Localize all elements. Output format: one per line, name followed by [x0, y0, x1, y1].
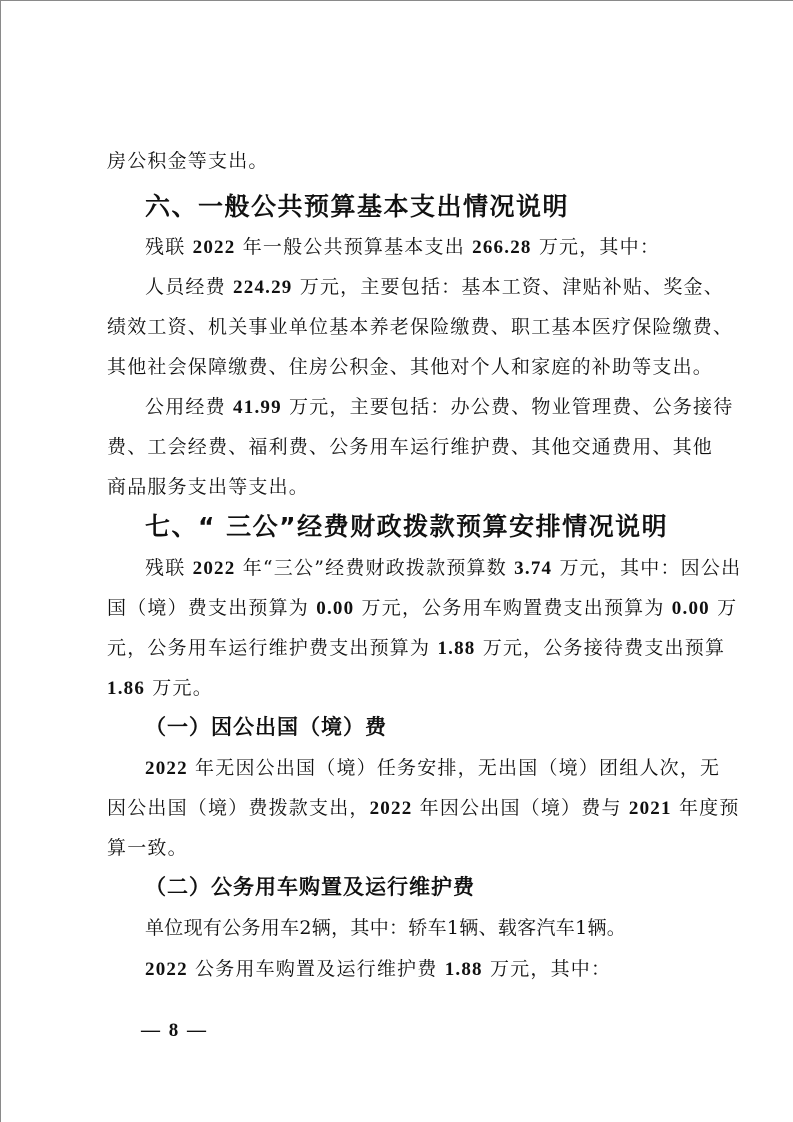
text: 年因公出国（境）费与: [412, 797, 628, 819]
subsection-1-heading: （一）因公出国（境）费: [145, 713, 387, 741]
vehicle-purchase-budget-amount: 0.00: [672, 598, 710, 619]
text: 万元。: [145, 677, 213, 699]
three-public-intro-line-1: 残联 2022 年“三公”经费财政拨款预算数 3.74 万元，其中：因公出: [145, 555, 697, 582]
overseas-line-3: 算一致。: [107, 835, 697, 861]
continuation-line: 房公积金等支出。: [107, 148, 697, 174]
overseas-line-2: 因公出国（境）费拨款支出，2022 年因公出国（境）费与 2021 年度预: [107, 795, 697, 822]
section-6-intro: 残联 2022 年一般公共预算基本支出 266.28 万元，其中：: [145, 234, 697, 261]
text: 年“三公”经费财政拨款预算数: [235, 557, 514, 579]
text: 万: [710, 597, 737, 619]
text: 万元，其中：: [483, 958, 611, 980]
overseas-line-1: 2022 年无因公出国（境）任务安排，无出国（境）团组人次，无: [145, 755, 697, 782]
year-value: 2022: [145, 758, 188, 779]
page-number: — 8 —: [141, 1020, 208, 1042]
text: 年度预: [672, 797, 740, 819]
reception-budget-amount: 1.86: [107, 678, 145, 699]
personnel-expense-line-3: 其他社会保障缴费、住房公积金、其他对个人和家庭的补助等支出。: [107, 354, 697, 380]
personnel-expense-line-2: 绩效工资、机关事业单位基本养老保险缴费、职工基本医疗保险缴费、: [107, 314, 697, 340]
public-expense-line-3: 商品服务支出等支出。: [107, 474, 697, 500]
text: 万元，主要包括：办公费、物业管理费、公务接待: [282, 396, 734, 418]
text: 万元，公务用车购置费支出预算为: [354, 597, 671, 619]
year-value: 2022: [145, 959, 188, 980]
public-expense-line-2: 费、工会经费、福利费、公务用车运行维护费、其他交通费用、其他: [107, 434, 697, 460]
text: 年一般公共预算基本支出: [235, 236, 472, 258]
text: 年无因公出国（境）任务安排，无出国（境）团组人次，无: [188, 757, 720, 779]
subsection-2-heading: （二）公务用车购置及运行维护费: [145, 873, 475, 901]
three-public-intro-line-3: 元，公务用车运行维护费支出预算为 1.88 万元，公务接待费支出预算: [107, 635, 697, 662]
text: 因公出国（境）费拨款支出，: [107, 797, 370, 819]
overseas-budget-amount: 0.00: [316, 598, 354, 619]
text: 残联: [145, 557, 193, 579]
text: 公用经费: [145, 396, 233, 418]
vehicle-count-line: 单位现有公务用车2辆，其中：轿车1辆、载客汽车1辆。: [145, 915, 697, 941]
section-7-heading: 七、“ 三公”经费财政拨款预算安排情况说明: [145, 511, 668, 543]
document-page: 房公积金等支出。 六、一般公共预算基本支出情况说明 残联 2022 年一般公共预…: [0, 0, 793, 1122]
text: 残联: [145, 236, 193, 258]
public-expense-line-1: 公用经费 41.99 万元，主要包括：办公费、物业管理费、公务接待: [145, 394, 697, 421]
year-value: 2022: [193, 558, 236, 579]
vehicle-expense-amount: 1.88: [445, 959, 483, 980]
year-value: 2022: [370, 798, 413, 819]
text: 国（境）费支出预算为: [107, 597, 316, 619]
text: 万元，其中：因公出: [552, 557, 741, 579]
three-public-intro-line-2: 国（境）费支出预算为 0.00 万元，公务用车购置费支出预算为 0.00 万: [107, 595, 697, 622]
three-public-budget-amount: 3.74: [514, 558, 552, 579]
vehicle-expense-line: 2022 公务用车购置及运行维护费 1.88 万元，其中：: [145, 956, 697, 983]
personnel-expense-amount: 224.29: [233, 277, 292, 298]
section-6-heading: 六、一般公共预算基本支出情况说明: [145, 191, 569, 223]
text: 人员经费: [145, 276, 233, 298]
text: 万元，其中：: [532, 236, 660, 258]
text: 万元，公务接待费支出预算: [476, 637, 726, 659]
basic-expenditure-amount: 266.28: [472, 237, 531, 258]
year-value: 2021: [629, 798, 672, 819]
personnel-expense-line-1: 人员经费 224.29 万元，主要包括：基本工资、津贴补贴、奖金、: [145, 274, 697, 301]
three-public-intro-line-4: 1.86 万元。: [107, 675, 697, 702]
year-value: 2022: [193, 237, 236, 258]
text: 元，公务用车运行维护费支出预算为: [107, 637, 437, 659]
text: 公务用车购置及运行维护费: [188, 958, 445, 980]
public-expense-amount: 41.99: [233, 397, 282, 418]
vehicle-operation-budget-amount: 1.88: [437, 638, 475, 659]
text: 万元，主要包括：基本工资、津贴补贴、奖金、: [293, 276, 724, 298]
